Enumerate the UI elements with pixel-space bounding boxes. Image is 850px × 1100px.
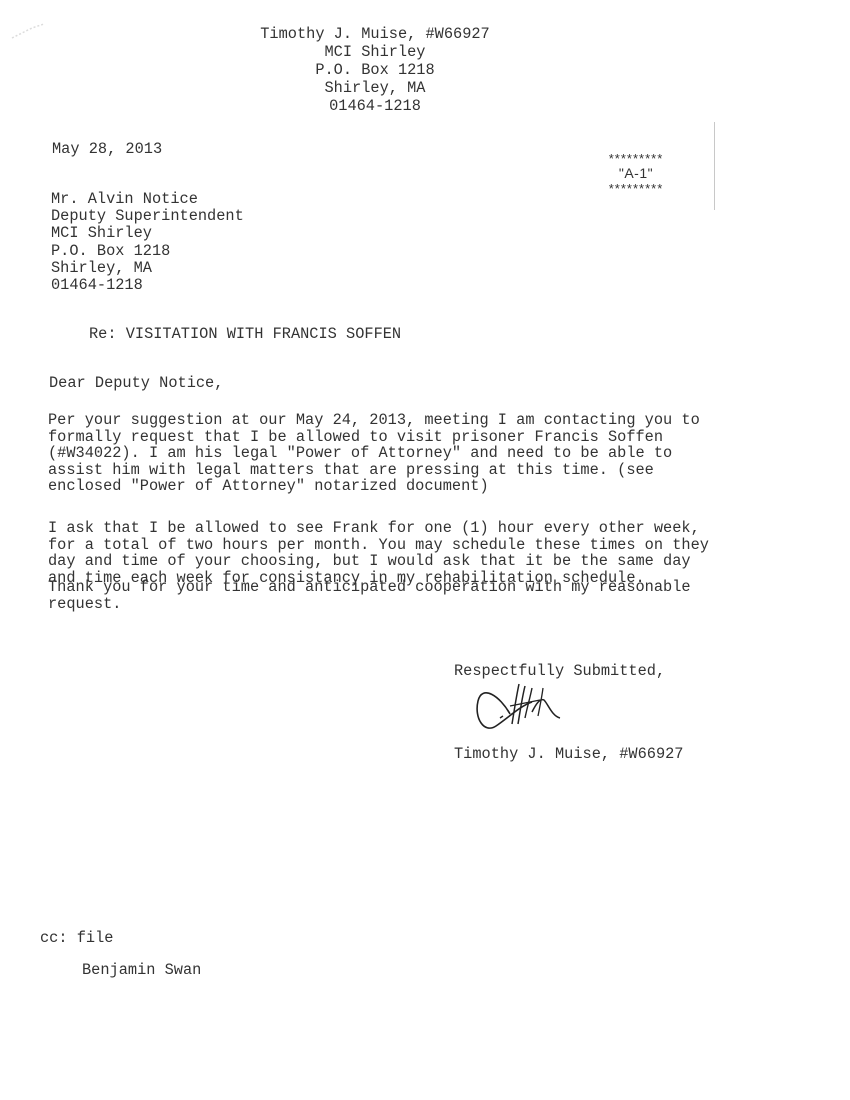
cc-label: cc: file xyxy=(40,930,113,947)
signature-icon xyxy=(470,676,590,746)
sender-city-state: Shirley, MA xyxy=(230,79,520,97)
scan-artifact xyxy=(10,22,50,42)
subject-line: Re: VISITATION WITH FRANCIS SOFFEN xyxy=(89,326,401,343)
stamp-bottom-border: ********* xyxy=(576,181,696,196)
paragraph-line: Thank you for your time and anticipated … xyxy=(48,579,691,596)
signer-name: Timothy J. Muise, #W66927 xyxy=(454,746,684,763)
recipient-address: Mr. Alvin Notice Deputy Superintendent M… xyxy=(51,191,244,294)
sender-name: Timothy J. Muise, #W66927 xyxy=(230,25,520,43)
sender-institution: MCI Shirley xyxy=(230,43,520,61)
paragraph-line: assist him with legal matters that are p… xyxy=(48,462,700,479)
scan-edge-line xyxy=(714,122,715,210)
sender-address: Timothy J. Muise, #W66927 MCI Shirley P.… xyxy=(230,25,520,115)
stamp-label: "A-1" xyxy=(576,166,696,181)
body-paragraph-1: Per your suggestion at our May 24, 2013,… xyxy=(48,412,700,495)
paragraph-line: enclosed "Power of Attorney" notarized d… xyxy=(48,478,700,495)
paragraph-line: for a total of two hours per month. You … xyxy=(48,537,709,554)
exhibit-stamp: ********* "A-1" ********* xyxy=(576,151,696,196)
recipient-zip: 01464-1218 xyxy=(51,277,244,294)
recipient-institution: MCI Shirley xyxy=(51,225,244,242)
body-paragraph-3: Thank you for your time and anticipated … xyxy=(48,579,691,612)
paragraph-line: request. xyxy=(48,596,691,613)
recipient-city-state: Shirley, MA xyxy=(51,260,244,277)
cc-recipient: Benjamin Swan xyxy=(82,962,201,979)
body-paragraph-2: I ask that I be allowed to see Frank for… xyxy=(48,520,709,586)
letter-date: May 28, 2013 xyxy=(52,141,162,158)
paragraph-line: I ask that I be allowed to see Frank for… xyxy=(48,520,709,537)
paragraph-line: Per your suggestion at our May 24, 2013,… xyxy=(48,412,700,429)
sender-po-box: P.O. Box 1218 xyxy=(230,61,520,79)
sender-zip: 01464-1218 xyxy=(230,97,520,115)
recipient-title: Deputy Superintendent xyxy=(51,208,244,225)
paragraph-line: formally request that I be allowed to vi… xyxy=(48,429,700,446)
recipient-po-box: P.O. Box 1218 xyxy=(51,243,244,260)
stamp-top-border: ********* xyxy=(576,151,696,166)
paragraph-line: (#W34022). I am his legal "Power of Atto… xyxy=(48,445,700,462)
recipient-name: Mr. Alvin Notice xyxy=(51,191,244,208)
paragraph-line: day and time of your choosing, but I wou… xyxy=(48,553,709,570)
salutation: Dear Deputy Notice, xyxy=(49,375,223,392)
